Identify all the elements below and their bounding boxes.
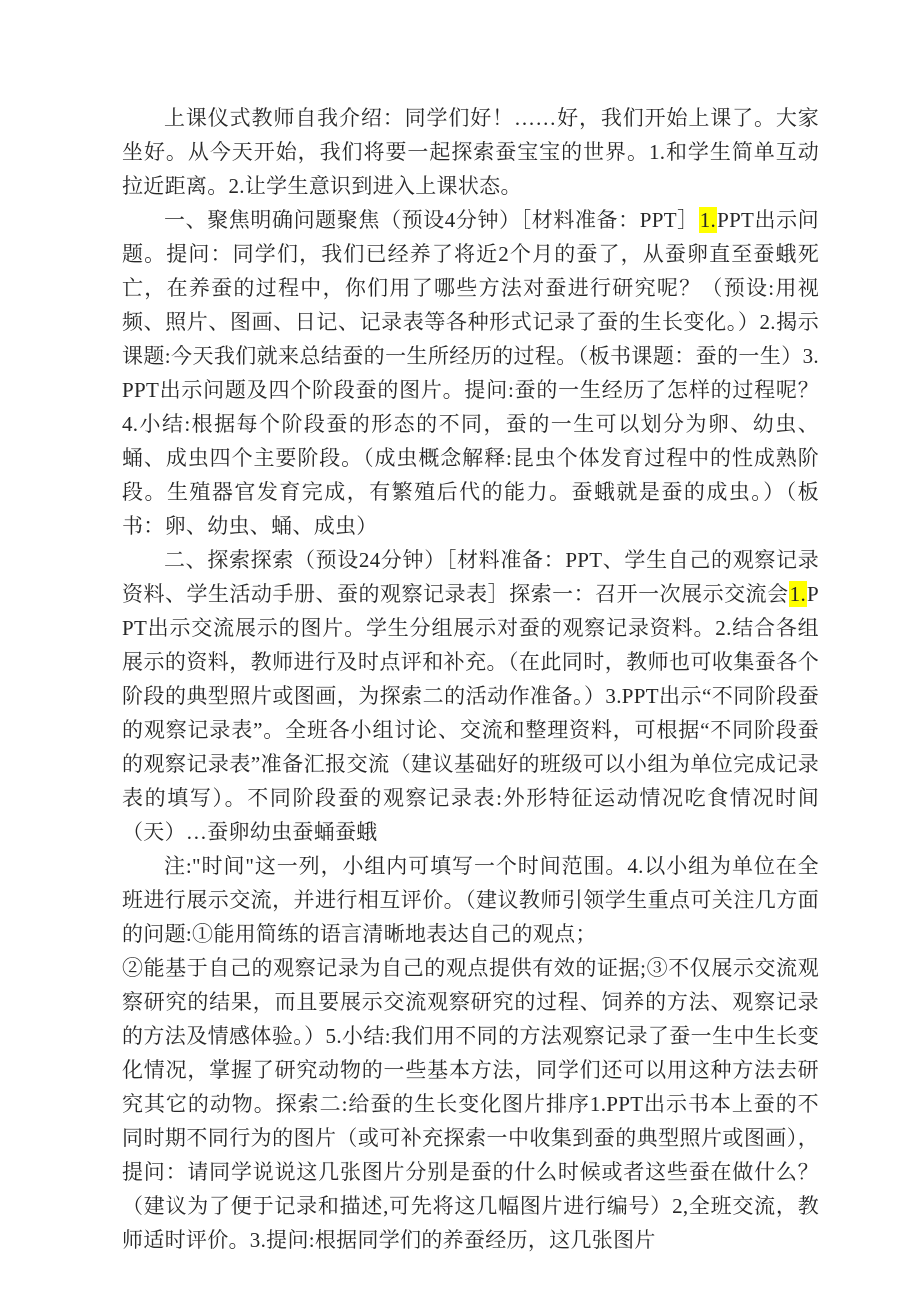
text-segment: ②能基于自己的观察记录为自己的观点提供有效的证据;③不仅展示交流观察研究的结果，… [122, 956, 819, 1252]
highlighted-text: 1. [699, 207, 717, 233]
document-page: 上课仪式教师自我介绍：同学们好！……好，我们开始上课了。大家坐好。从今天开始，我… [0, 0, 920, 1301]
document-body: 上课仪式教师自我介绍：同学们好！……好，我们开始上课了。大家坐好。从今天开始，我… [122, 101, 819, 1257]
text-segment: 二、探索探索（预设24分钟）［材料准备：PPT、学生自己的观察记录资料、学生活动… [122, 548, 819, 606]
text-segment: 上课仪式教师自我介绍：同学们好！……好，我们开始上课了。大家坐好。从今天开始，我… [122, 106, 819, 198]
paragraph: ②能基于自己的观察记录为自己的观点提供有效的证据;③不仅展示交流观察研究的结果，… [122, 951, 819, 1257]
paragraph: 上课仪式教师自我介绍：同学们好！……好，我们开始上课了。大家坐好。从今天开始，我… [122, 101, 819, 203]
text-segment: 一、聚焦明确问题聚焦（预设4分钟）［材料准备：PPT］ [164, 208, 699, 232]
text-segment: PPT出示交流展示的图片。学生分组展示对蚕的观察记录资料。2.结合各组展示的资料… [122, 582, 819, 844]
paragraph: 注:"时间"这一列，小组内可填写一个时间范围。4.以小组为单位在全班进行展示交流… [122, 849, 819, 951]
text-segment: 注:"时间"这一列，小组内可填写一个时间范围。4.以小组为单位在全班进行展示交流… [122, 854, 819, 946]
paragraph: 二、探索探索（预设24分钟）［材料准备：PPT、学生自己的观察记录资料、学生活动… [122, 543, 819, 849]
text-segment: PPT出示问题。提问：同学们，我们已经养了将近2个月的蚕了，从蚕卵直至蚕蛾死亡，… [122, 208, 819, 538]
paragraph: 一、聚焦明确问题聚焦（预设4分钟）［材料准备：PPT］1.PPT出示问题。提问：… [122, 203, 819, 543]
highlighted-text: 1. [789, 581, 807, 607]
